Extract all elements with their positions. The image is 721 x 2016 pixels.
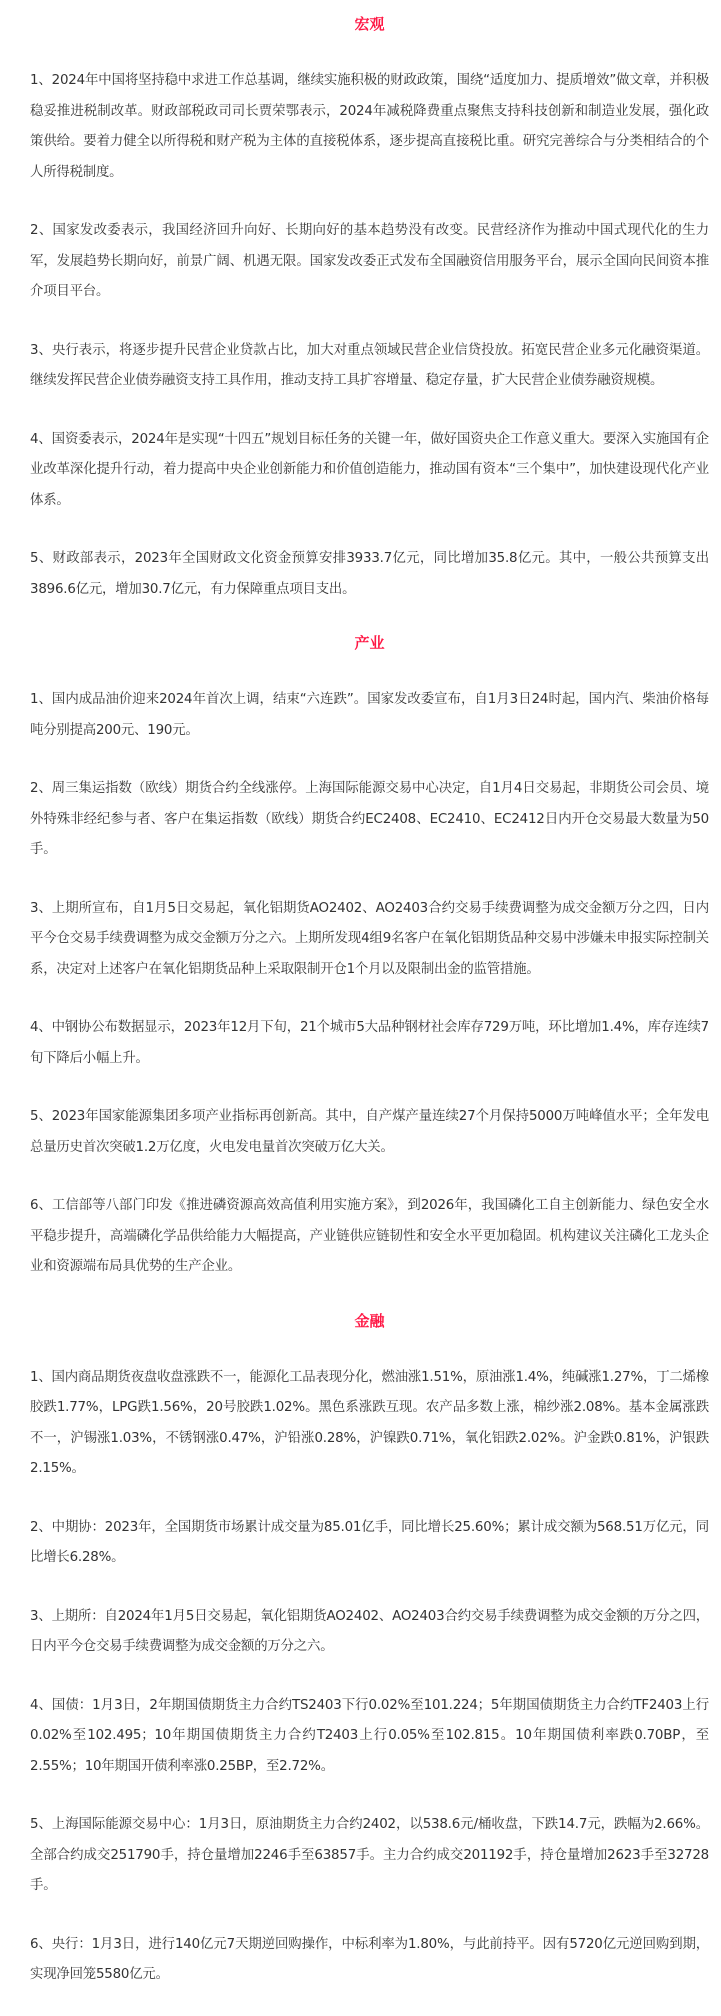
section-title-finance: 金融	[30, 1311, 709, 1331]
industry-item-3: 3、上期所宣布，自1月5日交易起，氧化铝期货AO2402、AO2403合约交易手…	[30, 894, 709, 986]
macro-item-2: 2、国家发改委表示，我国经济回升向好、长期向好的基本趋势没有改变。民营经济作为推…	[30, 216, 709, 308]
finance-item-2: 2、中期协：2023年，全国期货市场累计成交量为85.01亿手，同比增长25.6…	[30, 1513, 709, 1574]
industry-item-2: 2、周三集运指数（欧线）期货合约全线涨停。上海国际能源交易中心决定，自1月4日交…	[30, 774, 709, 866]
macro-item-5: 5、财政部表示，2023年全国财政文化资金预算安排3933.7亿元，同比增加35…	[30, 544, 709, 605]
finance-item-4: 4、国债：1月3日，2年期国债期货主力合约TS2403下行0.02%至101.2…	[30, 1691, 709, 1783]
industry-item-5: 5、2023年国家能源集团多项产业指标再创新高。其中，自产煤产量连续27个月保持…	[30, 1102, 709, 1163]
macro-item-4: 4、国资委表示，2024年是实现“十四五”规划目标任务的关键一年，做好国资央企工…	[30, 425, 709, 517]
industry-item-6: 6、工信部等八部门印发《推进磷资源高效高值利用实施方案》，到2026年，我国磷化…	[30, 1191, 709, 1283]
industry-item-4: 4、中钢协公布数据显示，2023年12月下旬，21个城市5大品种钢材社会库存72…	[30, 1013, 709, 1074]
article-body: 宏观 1、2024年中国将坚持稳中求进工作总基调，继续实施积极的财政政策，围绕“…	[0, 0, 721, 1991]
macro-item-3: 3、央行表示，将逐步提升民营企业贷款占比，加大对重点领域民营企业信贷投放。拓宽民…	[30, 336, 709, 397]
section-title-macro: 宏观	[30, 14, 709, 34]
industry-item-1: 1、国内成品油价迎来2024年首次上调，结束“六连跌”。国家发改委宣布，自1月3…	[30, 685, 709, 746]
finance-item-3: 3、上期所：自2024年1月5日交易起，氧化铝期货AO2402、AO2403合约…	[30, 1602, 709, 1663]
finance-item-1: 1、国内商品期货夜盘收盘涨跌不一，能源化工品表现分化，燃油涨1.51%，原油涨1…	[30, 1363, 709, 1485]
macro-item-1: 1、2024年中国将坚持稳中求进工作总基调，继续实施积极的财政政策，围绕“适度加…	[30, 66, 709, 188]
section-title-industry: 产业	[30, 633, 709, 653]
finance-item-5: 5、上海国际能源交易中心：1月3日，原油期货主力合约2402，以538.6元/桶…	[30, 1810, 709, 1902]
finance-item-6: 6、央行：1月3日，进行140亿元7天期逆回购操作，中标利率为1.80%，与此前…	[30, 1930, 709, 1991]
